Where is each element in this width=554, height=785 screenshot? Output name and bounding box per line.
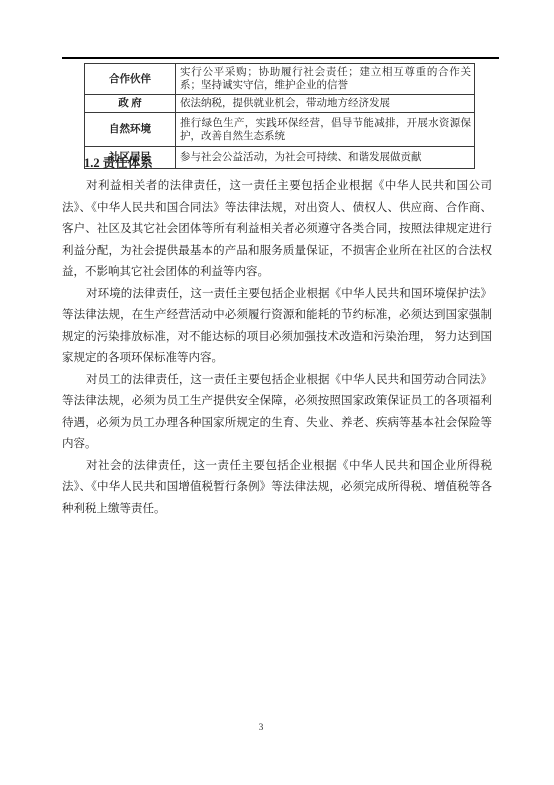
table-row: 自然环境 推行绿色生产，实践环保经营，倡导节能减排，开展水资源保护，改善自然生态… — [85, 113, 475, 147]
body-paragraph: 对社会的法律责任，这一责任主要包括企业根据《中华人民共和国企业所得税法》、《中华… — [62, 456, 492, 521]
body-paragraph: 对环境的法律责任，这一责任主要包括企业根据《中华人民共和国环境保护法》等法律法规… — [62, 284, 492, 370]
row-content: 推行绿色生产，实践环保经营，倡导节能减排，开展水资源保护，改善自然生态系统 — [176, 113, 475, 147]
document-page: 合作伙伴 实行公平采购；协助履行社会责任；建立相互尊重的合作关系；坚持诚实守信，… — [0, 0, 554, 785]
body-paragraph: 对员工的法律责任，这一责任主要包括企业根据《中华人民共和国劳动合同法》等法律法规… — [62, 370, 492, 456]
table-row: 政 府 依法纳税，提供就业机会，带动地方经济发展 — [85, 95, 475, 113]
body-paragraph: 对利益相关者的法律责任，这一责任主要包括企业根据《中华人民共和国公司法》、《中华… — [62, 176, 492, 284]
row-content: 实行公平采购；协助履行社会责任；建立相互尊重的合作关系；坚持诚实守信，维护企业的… — [176, 64, 475, 95]
header-divider — [62, 57, 499, 59]
row-content: 依法纳税，提供就业机会，带动地方经济发展 — [176, 95, 475, 113]
stakeholder-table: 合作伙伴 实行公平采购；协助履行社会责任；建立相互尊重的合作关系；坚持诚实守信，… — [84, 63, 475, 169]
row-content: 参与社会公益活动，为社会可持续、和谐发展做贡献 — [176, 147, 475, 169]
row-label: 自然环境 — [85, 113, 176, 147]
table-row: 合作伙伴 实行公平采购；协助履行社会责任；建立相互尊重的合作关系；坚持诚实守信，… — [85, 64, 475, 95]
page-number: 3 — [0, 723, 522, 733]
row-label: 合作伙伴 — [85, 64, 176, 95]
row-label: 政 府 — [85, 95, 176, 113]
section-heading: 1.2 责任体系 — [84, 155, 153, 172]
body-text-block: 对利益相关者的法律责任，这一责任主要包括企业根据《中华人民共和国公司法》、《中华… — [62, 176, 492, 520]
